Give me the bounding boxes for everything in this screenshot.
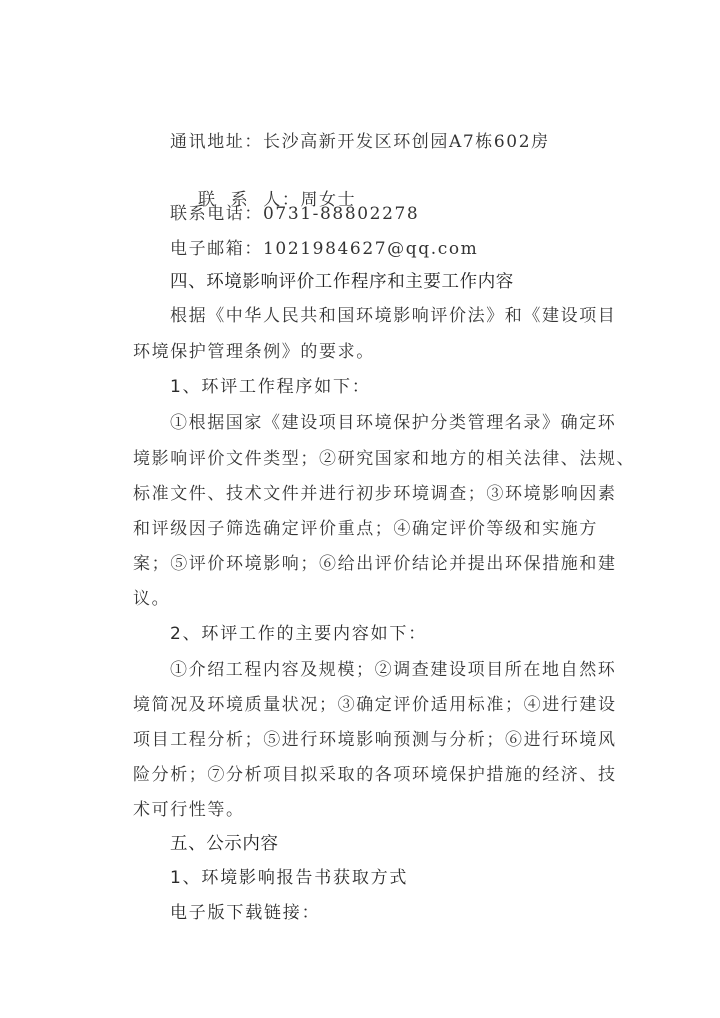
content-line: 项目工程分析；⑤进行环境影响预测与分析；⑥进行环境风 (133, 729, 609, 751)
phone-value: 0731-88802278 (263, 204, 419, 224)
report-access-heading: 1、环境影响报告书获取方式 (170, 867, 610, 889)
procedure-line: 境影响评价文件类型；②研究国家和地方的相关法律、法规、 (133, 448, 609, 470)
content-line: ①介绍工程内容及规模；②调查建设项目所在地自然环 (170, 659, 610, 681)
contact-email: 电子邮箱：1021984627@qq.com (170, 238, 610, 260)
phone-label: 联系电话： (170, 204, 263, 224)
procedure-line: 议。 (133, 588, 609, 610)
procedure-line: ①根据国家《建设项目环境保护分类管理名录》确定环 (170, 412, 610, 434)
section-4-heading: 四、环境影响评价工作程序和主要工作内容 (170, 271, 610, 293)
email-value: 1021984627@qq.com (263, 239, 478, 259)
procedure-line: 标准文件、技术文件并进行初步环境调查；③环境影响因素 (133, 483, 609, 505)
document-page: 通讯地址：长沙高新开发区环创园A7栋602房 联 系 人：周女士 联系电话：07… (0, 0, 720, 1018)
content-heading: 2、环评工作的主要内容如下： (170, 623, 610, 645)
contact-phone: 联系电话：0731-88802278 (170, 203, 610, 225)
section-5-heading: 五、公示内容 (170, 833, 610, 855)
procedure-line: 和评级因子筛选确定评价重点；④确定评价等级和实施方 (133, 518, 609, 540)
procedure-heading: 1、环评工作程序如下： (170, 376, 610, 398)
address-label: 通讯地址： (170, 132, 263, 152)
procedure-line: 案；⑤评价环境影响；⑥给出评价结论并提出环保措施和建 (133, 553, 609, 575)
content-line: 险分析；⑦分析项目拟采取的各项环境保护措施的经济、技 (133, 764, 609, 786)
email-label: 电子邮箱： (170, 239, 263, 259)
section-4-intro-line: 根据《中华人民共和国环境影响评价法》和《建设项目 (170, 305, 610, 327)
content-line: 术可行性等。 (133, 799, 609, 821)
section-4-intro-line: 环境保护管理条例》的要求。 (133, 341, 609, 363)
address-value: 长沙高新开发区环创园A7栋602房 (263, 132, 550, 152)
content-line: 境简况及环境质量状况；③确定评价适用标准；④进行建设 (133, 694, 609, 716)
contact-address: 通讯地址：长沙高新开发区环创园A7栋602房 (170, 131, 610, 153)
download-link-label: 电子版下载链接： (170, 902, 610, 924)
